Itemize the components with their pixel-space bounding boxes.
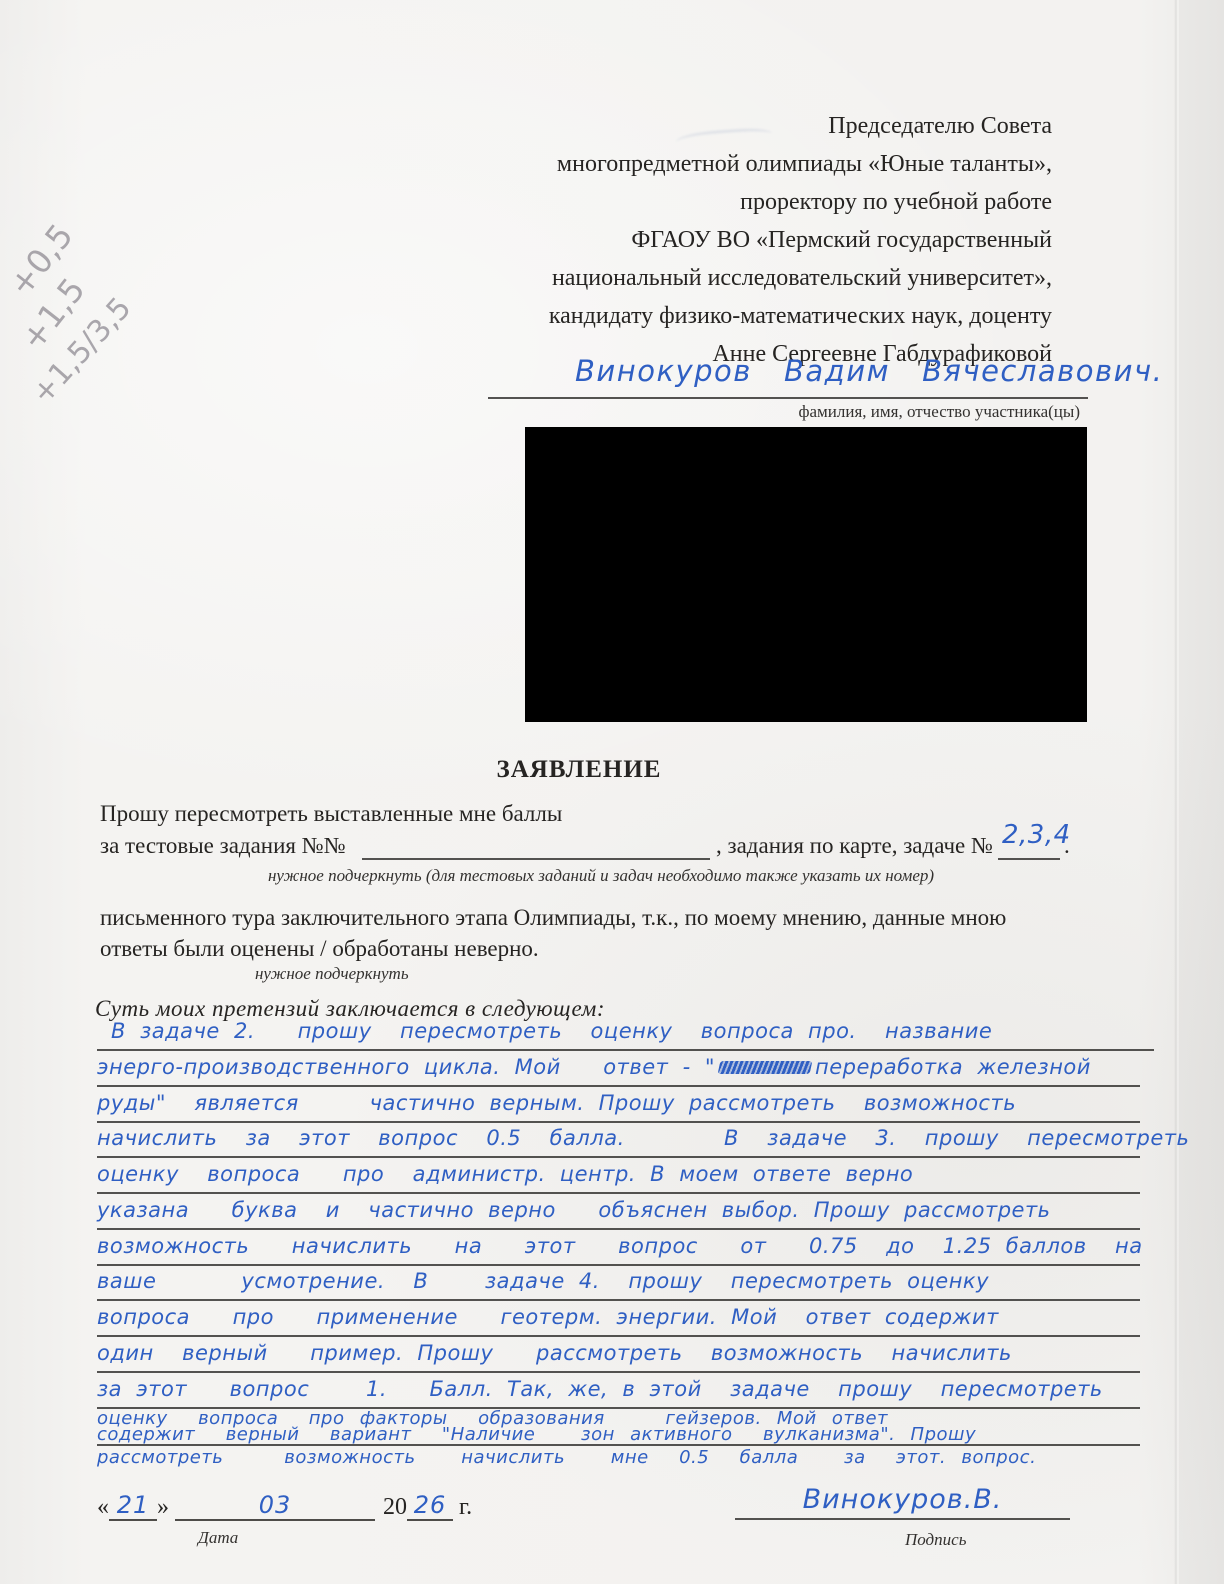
claim-line-14: рассмотреть возможность начислить мне 0.… xyxy=(97,1448,1140,1468)
request-line-1: Прошу пересмотреть выставленные мне балл… xyxy=(100,799,562,829)
year-prefix-printed: 20 xyxy=(383,1494,407,1521)
round-paragraph-line-2: ответы были оценены / обработаны неверно… xyxy=(100,934,539,964)
date-row: « 21 » 03 20 26 г. xyxy=(97,1489,472,1521)
claim-line-11: за этот вопрос 1. Балл. Так, же, в этой … xyxy=(97,1374,1140,1409)
claim-line-9: вопроса про применение геотерм. энергии.… xyxy=(97,1302,1140,1337)
task-numbers-period: . xyxy=(1064,831,1070,861)
signature-handwritten: Винокуров.В. xyxy=(803,1484,1003,1515)
year-suffix: г. xyxy=(459,1494,472,1521)
addressee-line: проректору по учебной работе xyxy=(272,183,1052,221)
signature-label: Подпись xyxy=(905,1530,966,1550)
claim-line-1: В задаче 2. прошу пересмотреть оценку во… xyxy=(97,1016,1154,1051)
addressee-line: национальный исследовательский университ… xyxy=(272,259,1052,297)
date-label: Дата xyxy=(198,1528,238,1548)
day-field: 21 xyxy=(109,1491,157,1521)
year-field: 26 xyxy=(407,1491,453,1521)
document-title: ЗАЯВЛЕНИЕ xyxy=(0,756,1158,784)
test-tasks-prefix: за тестовые задания №№ xyxy=(100,831,346,861)
addressee-line: ФГАОУ ВО «Пермский государственный xyxy=(272,221,1052,259)
scanned-application-page: +0,5 +1,5 +1,5/3,5 Председателю Совета м… xyxy=(0,0,1224,1584)
quote-open: « xyxy=(97,1494,109,1521)
addressee-line: кандидату физико-математических наук, до… xyxy=(272,297,1052,335)
addressee-line: Председателю Совета xyxy=(272,107,1052,145)
claim-line-2-post: переработка железной xyxy=(815,1055,1091,1079)
claim-line-8: ваше усмотрение. В задаче 4. прошу перес… xyxy=(97,1266,1140,1301)
month-field: 03 xyxy=(175,1491,375,1521)
participant-name-handwritten: Винокуров Вадим Вячеславович. xyxy=(575,354,1163,388)
round-paragraph-line-1: письменного тура заключительного этапа О… xyxy=(100,903,1006,933)
claim-line-10: один верный пример. Прошу рассмотреть во… xyxy=(97,1338,1140,1373)
scribbled-out-word xyxy=(718,1061,813,1074)
claim-line-6: указана буква и частично верно объяснен … xyxy=(97,1195,1140,1230)
claim-line-2: энерго-производственного цикла. Мой отве… xyxy=(97,1052,1140,1087)
claim-line-2-pre: энерго-производственного цикла. Мой отве… xyxy=(97,1055,715,1079)
paper-edge-shading xyxy=(1179,0,1224,1584)
name-caption: фамилия, имя, отчество участника(цы) xyxy=(700,402,1080,422)
underline-note-2: нужное подчеркнуть xyxy=(255,964,409,984)
quote-close: » xyxy=(157,1494,169,1521)
signature-line: Винокуров.В. xyxy=(735,1486,1070,1520)
map-task-suffix: , задания по карте, задаче № xyxy=(716,831,993,861)
claim-line-5: оценку вопроса про администр. центр. В м… xyxy=(97,1159,1140,1194)
claim-line-7: возможность начислить на этот вопрос от … xyxy=(97,1231,1140,1266)
redacted-region xyxy=(525,427,1087,722)
task-numbers-handwritten: 2,3,4 xyxy=(1002,820,1071,850)
underline-instruction-note: нужное подчеркнуть (для тестовых заданий… xyxy=(268,866,934,886)
claim-line-4: начислить за этот вопрос 0.5 балла. В за… xyxy=(97,1123,1140,1158)
claim-line-13: содержит верный вариант "Наличие зон акт… xyxy=(97,1425,1140,1446)
addressee-block: Председателю Совета многопредметной олим… xyxy=(272,107,1052,373)
test-tasks-blank xyxy=(362,828,710,860)
claim-line-3: руды" является частично верным. Прошу ра… xyxy=(97,1088,1140,1123)
addressee-line: многопредметной олимпиады «Юные таланты»… xyxy=(272,145,1052,183)
